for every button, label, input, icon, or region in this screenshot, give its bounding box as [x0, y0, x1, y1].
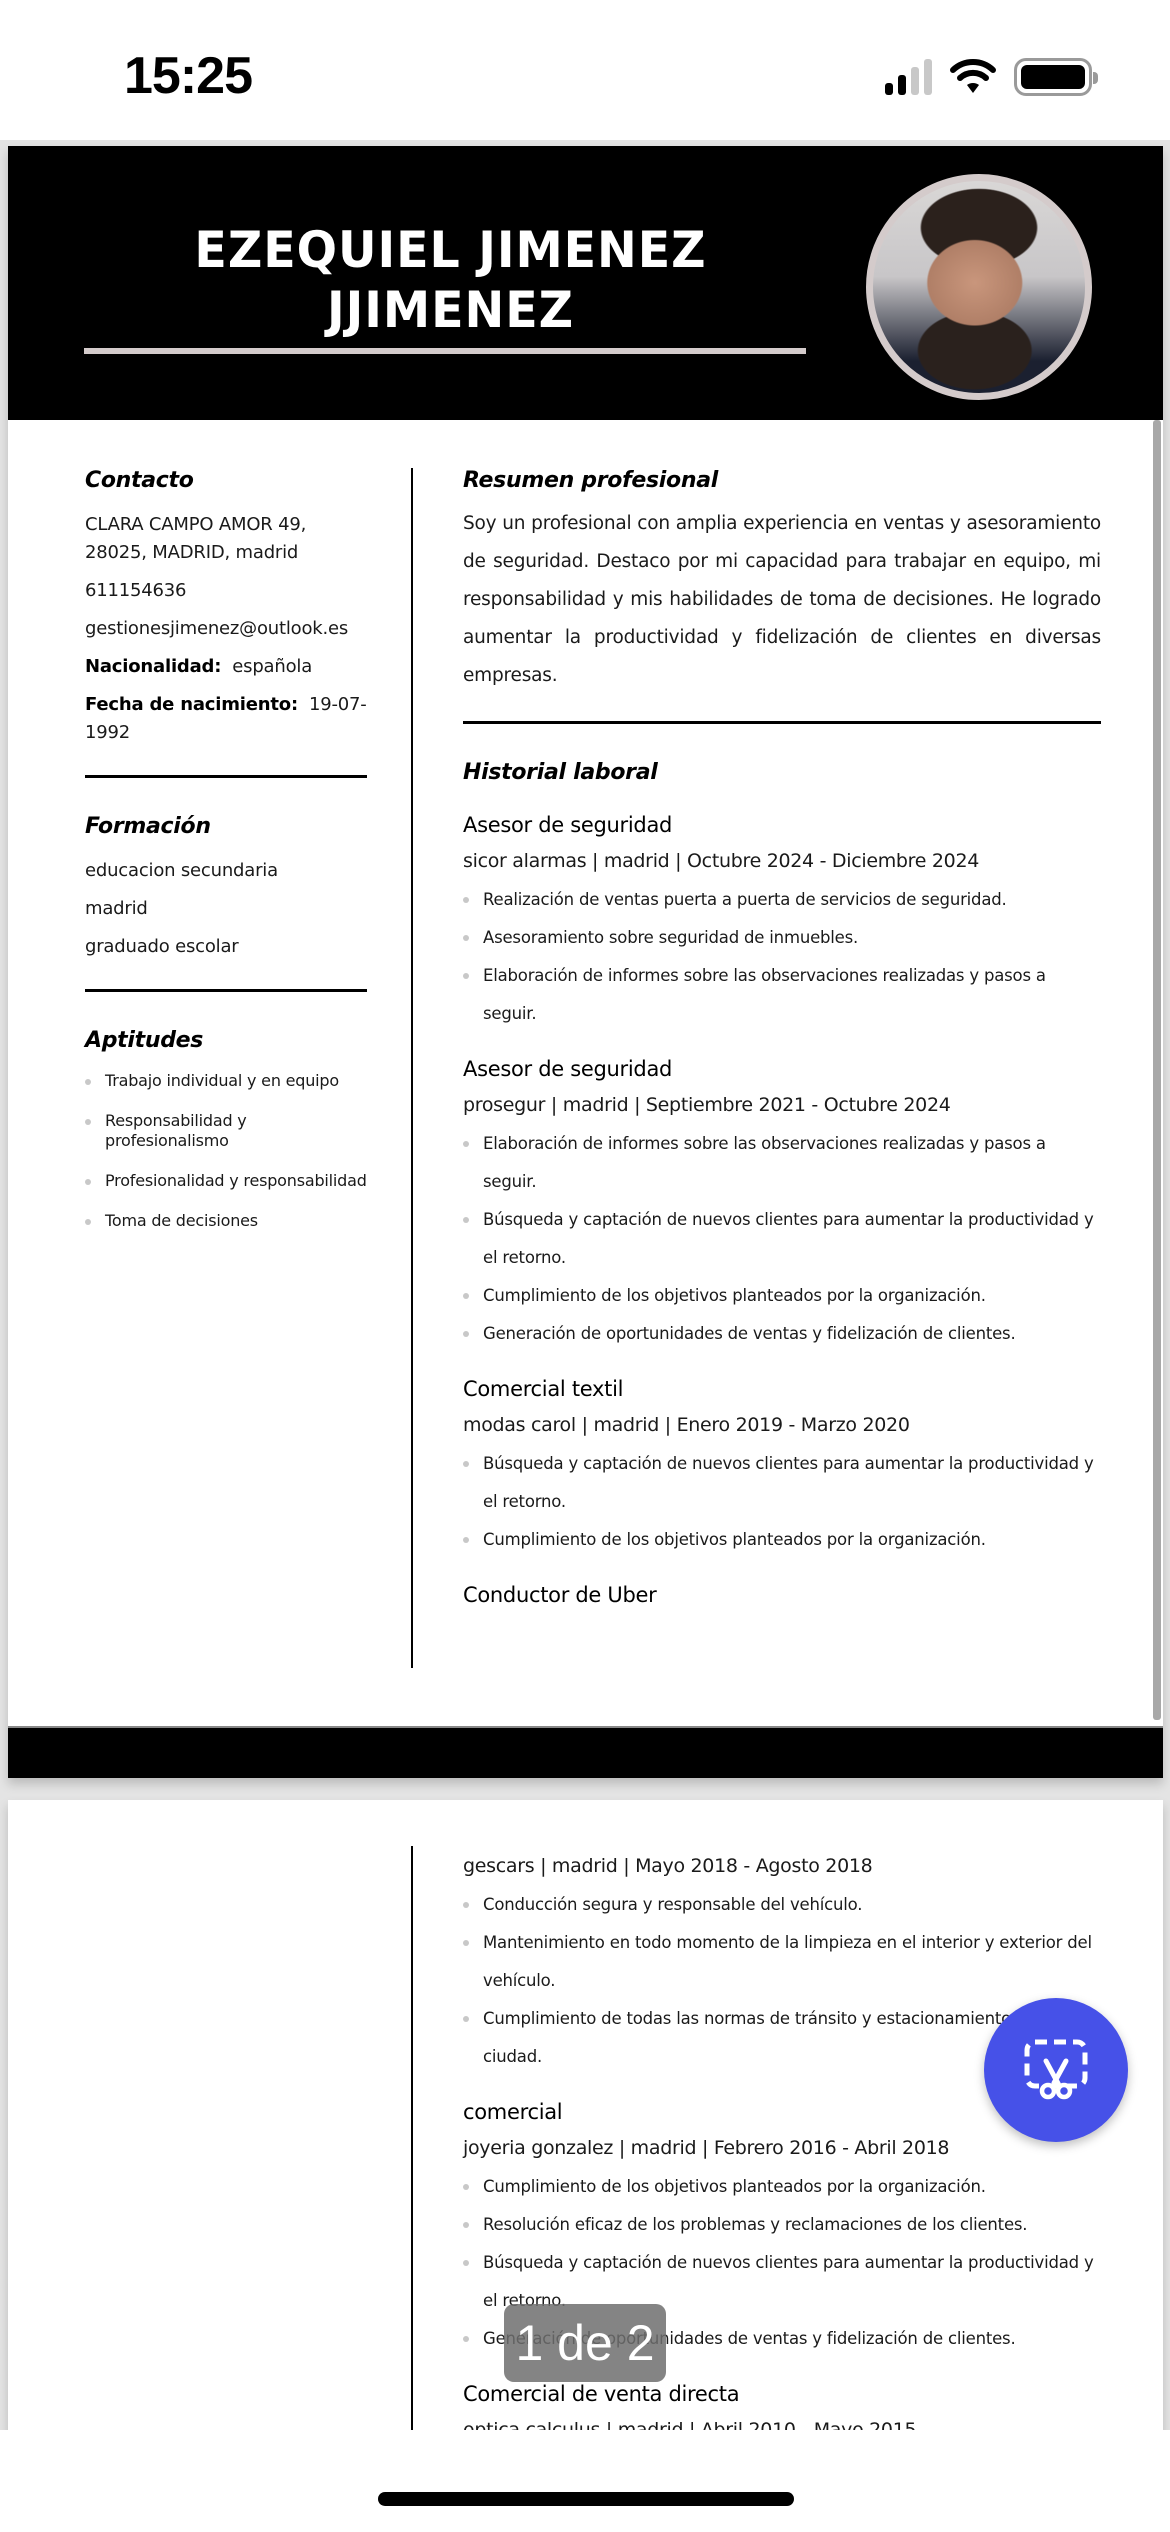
job-bullet: Cumplimiento de los objetivos planteados… [463, 1521, 1101, 1559]
job-meta: optica calculus | madrid | Abril 2010 - … [463, 2416, 1101, 2430]
birth-date: Fecha de nacimiento: 19-07-1992 [85, 691, 367, 747]
job-entry: Comercial textilmodas carol | madrid | E… [463, 1375, 1101, 1559]
skills-title: Aptitudes [85, 1028, 367, 1053]
status-icons [885, 58, 1092, 96]
job-entry: Comercial de venta directaoptica calculu… [463, 2380, 1101, 2430]
job-meta: prosegur | madrid | Septiembre 2021 - Oc… [463, 1091, 1101, 1119]
job-title: Asesor de seguridad [463, 811, 1101, 839]
job-bullets: Elaboración de informes sobre las observ… [463, 1125, 1101, 1353]
job-entry: Asesor de seguridadsicor alarmas | madri… [463, 811, 1101, 1033]
job-bullet: Búsqueda y captación de nuevos clientes … [463, 1201, 1101, 1277]
scrollbar[interactable] [1153, 420, 1161, 1720]
resume-footer [8, 1726, 1163, 1778]
education-line: graduado escolar [85, 933, 367, 961]
education-title: Formación [85, 814, 367, 839]
job-bullets: Búsqueda y captación de nuevos clientes … [463, 1445, 1101, 1559]
job-entry: Asesor de seguridadprosegur | madrid | S… [463, 1055, 1101, 1353]
divider [463, 721, 1101, 724]
summary-text: Soy un profesional con amplia experienci… [463, 505, 1101, 695]
skill-item: Responsabilidad y profesionalismo [85, 1111, 367, 1151]
pdf-page-1: EZEQUIEL JIMENEZ JJIMENEZ Contacto CLARA… [8, 146, 1163, 1778]
job-bullet: Búsqueda y captación de nuevos clientes … [463, 1445, 1101, 1521]
job-bullet: Elaboración de informes sobre las observ… [463, 1125, 1101, 1201]
divider [85, 775, 367, 778]
job-title: Comercial textil [463, 1375, 1101, 1403]
job-meta: sicor alarmas | madrid | Octubre 2024 - … [463, 847, 1101, 875]
skill-item: Profesionalidad y responsabilidad [85, 1171, 367, 1191]
job-bullets: Realización de ventas puerta a puerta de… [463, 881, 1101, 1033]
job-meta: gescars | madrid | Mayo 2018 - Agosto 20… [463, 1852, 1101, 1880]
job-bullet: Realización de ventas puerta a puerta de… [463, 881, 1101, 919]
job-title: Conductor de Uber [463, 1581, 1101, 1609]
divider [85, 989, 367, 992]
job-title: Asesor de seguridad [463, 1055, 1101, 1083]
bottom-bar [0, 2430, 1170, 2532]
job-meta: joyeria gonzalez | madrid | Febrero 2016… [463, 2134, 1101, 2162]
battery-icon [1014, 58, 1092, 96]
email: gestionesjimenez@outlook.es [85, 615, 367, 643]
skills-list: Trabajo individual y en equipoResponsabi… [85, 1071, 367, 1231]
job-bullet: Elaboración de informes sobre las observ… [463, 957, 1101, 1033]
summary-title: Resumen profesional [463, 468, 1101, 493]
education-list: educacion secundariamadridgraduado escol… [85, 857, 367, 961]
job-meta: modas carol | madrid | Enero 2019 - Marz… [463, 1411, 1101, 1439]
work-history-title: Historial laboral [463, 760, 1101, 785]
signal-icon [885, 59, 932, 95]
status-bar: 15:25 [0, 0, 1170, 140]
job-bullet: Conducción segura y responsable del vehí… [463, 1886, 1101, 1924]
screenshot-button[interactable] [984, 1998, 1128, 2142]
contact-title: Contacto [85, 468, 367, 493]
job-bullet: Generación de oportunidades de ventas y … [463, 1315, 1101, 1353]
phone: 611154636 [85, 577, 367, 605]
name-underline [84, 348, 806, 354]
left-column: Contacto CLARA CAMPO AMOR 49, 28025, MAD… [85, 468, 367, 1251]
page-indicator: 1 de 2 [504, 2304, 666, 2382]
right-column: Resumen profesional Soy un profesional c… [463, 468, 1101, 1609]
column-divider [411, 468, 413, 1668]
education-line: madrid [85, 895, 367, 923]
wifi-icon [950, 59, 996, 95]
skill-item: Trabajo individual y en equipo [85, 1071, 367, 1091]
nationality: Nacionalidad: española [85, 653, 367, 681]
resume-header: EZEQUIEL JIMENEZ JJIMENEZ [8, 146, 1163, 420]
home-indicator[interactable] [378, 2492, 794, 2506]
job-title: Comercial de venta directa [463, 2380, 1101, 2408]
candidate-name: EZEQUIEL JIMENEZ JJIMENEZ [116, 220, 786, 340]
status-time: 15:25 [124, 46, 252, 106]
job-bullet: Mantenimiento en todo momento de la limp… [463, 1924, 1101, 2000]
screenshot-scissors-icon [1024, 2039, 1088, 2101]
job-list: Asesor de seguridadsicor alarmas | madri… [463, 811, 1101, 1609]
skill-item: Toma de decisiones [85, 1211, 367, 1231]
job-bullet: Cumplimiento de los objetivos planteados… [463, 2168, 1101, 2206]
profile-photo [866, 174, 1092, 400]
job-entry: Conductor de Uber [463, 1581, 1101, 1609]
address: CLARA CAMPO AMOR 49, 28025, MADRID, madr… [85, 511, 367, 567]
job-bullet: Cumplimiento de los objetivos planteados… [463, 1277, 1101, 1315]
job-bullet: Asesoramiento sobre seguridad de inmuebl… [463, 919, 1101, 957]
job-bullet: Resolución eficaz de los problemas y rec… [463, 2206, 1101, 2244]
education-line: educacion secundaria [85, 857, 367, 885]
column-divider [411, 1846, 413, 2430]
